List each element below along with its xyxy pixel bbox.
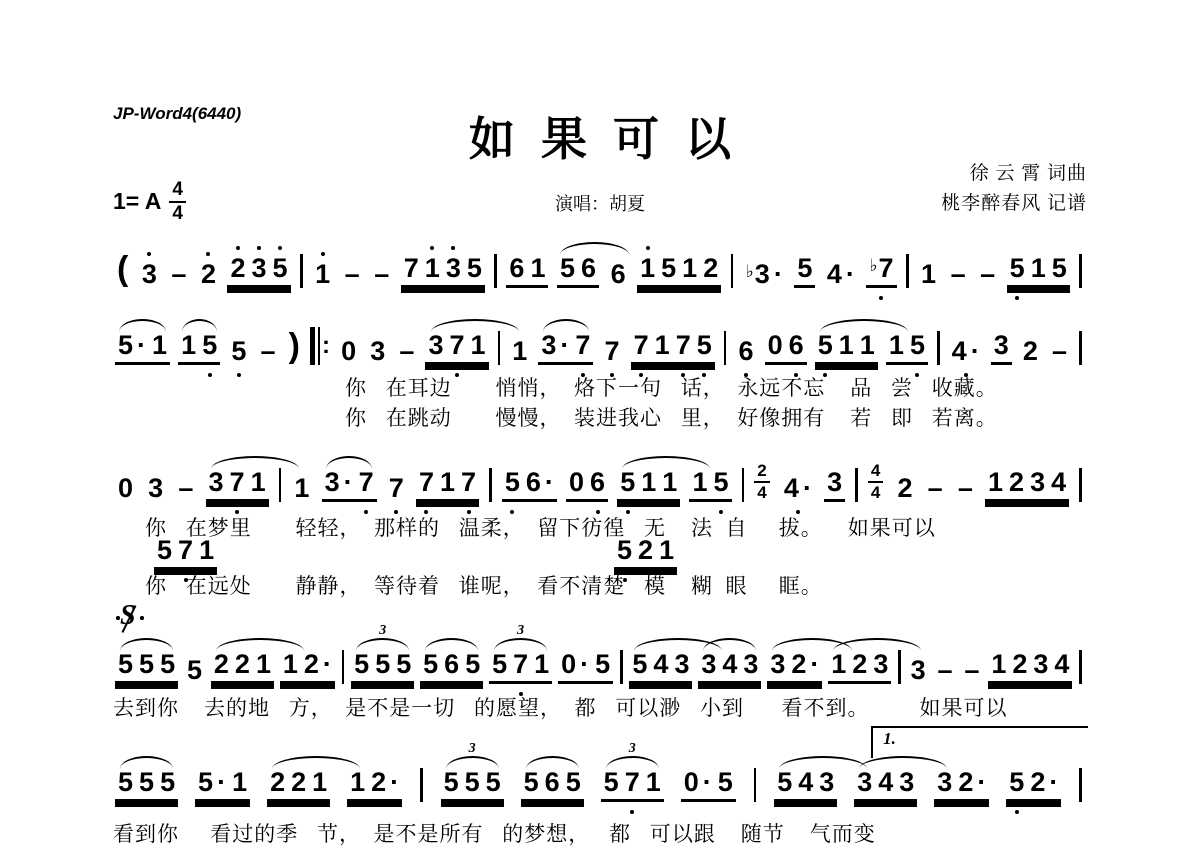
note-group: 717 (416, 469, 479, 502)
note-group: 5 (184, 657, 205, 684)
score-line-3: 03–37113·7771756·0651115244·3442––1234 (113, 458, 1085, 502)
slur-arc (120, 756, 173, 769)
note-group: 5 (794, 255, 815, 288)
note-group: 2 (198, 261, 219, 288)
note: – (175, 475, 196, 502)
note: 3 (206, 469, 227, 496)
note: 3· (538, 332, 572, 359)
note-group (741, 468, 746, 502)
note: – (977, 261, 998, 288)
note-group: 1 (291, 475, 312, 502)
note: 1 (253, 651, 274, 678)
octave-dot-below (1015, 296, 1019, 300)
note: 5 (557, 255, 578, 282)
note: 7 (673, 332, 694, 359)
lyrics-line-4: 你 在远处 静静， 等待着 谁呢， 看不清楚 模 糊 眼 眶。 (145, 570, 823, 600)
note-group: 0·5 (681, 769, 736, 802)
note-group: 515 (1007, 255, 1070, 288)
slur-arc (560, 242, 629, 255)
note: 5 (658, 255, 679, 282)
note: 7 (386, 475, 407, 502)
note-group: 0·5 (558, 651, 613, 684)
augmentation-dot: · (774, 259, 783, 289)
slur-arc (703, 638, 756, 651)
note: 1 (531, 651, 552, 678)
note-group: ( (115, 252, 130, 288)
note-group (897, 650, 902, 684)
note-group: 2 (1020, 338, 1041, 365)
note: 5 (815, 332, 836, 359)
note: 5 (184, 657, 205, 684)
augmentation-dot: · (137, 330, 146, 360)
note: 3 (145, 475, 166, 502)
note: 1 (637, 255, 658, 282)
alternate-notes-row: 571521 (113, 532, 1085, 574)
note-group: 543 (629, 651, 692, 684)
note-group: 565 (521, 769, 584, 802)
note: 6 (608, 261, 629, 288)
note: 1 (509, 338, 530, 365)
note: – (342, 261, 363, 288)
note-group: 24 (754, 462, 771, 502)
note: 7 (458, 469, 479, 496)
note: 5 (489, 651, 510, 678)
note: 6 (542, 769, 563, 796)
note: 1 (679, 255, 700, 282)
note: ♭3· (743, 261, 786, 288)
key-label: 1= A (113, 188, 161, 215)
note: 5 (1049, 255, 1070, 282)
note: 1 (437, 469, 458, 496)
note-group: 4· (781, 475, 815, 502)
note: 4· (824, 261, 858, 288)
slur-arc (272, 756, 360, 769)
note: 1 (291, 475, 312, 502)
note: 1 (527, 255, 548, 282)
note-group (1078, 254, 1083, 288)
note-group: – (257, 338, 278, 365)
octave-dot-below (1015, 810, 1019, 814)
note-group: 5713 (601, 769, 664, 802)
note: 5 (464, 255, 485, 282)
triplet-number: 3 (629, 741, 636, 757)
time-signature-top: 4 (169, 180, 186, 203)
note-group: 3 (367, 338, 388, 365)
note: 5 (136, 769, 157, 796)
note: 7 (401, 255, 422, 282)
augmentation-dot: · (217, 767, 226, 797)
segno-icon: S (116, 604, 144, 636)
score-line-4: 555522112·555356557130·554334332·1233––1… (113, 640, 1085, 684)
augmentation-dot: · (977, 767, 986, 797)
note: 4· (781, 475, 815, 502)
octave-dot-above (236, 246, 240, 250)
note: 6 (587, 469, 608, 496)
barline (906, 254, 909, 288)
note: 5 (629, 651, 650, 678)
note: 6· (523, 469, 557, 496)
note: 5 (157, 651, 178, 678)
note-group: 15 (178, 332, 220, 365)
barline (731, 254, 734, 288)
note: 2 (1006, 469, 1027, 496)
note: 5 (351, 651, 372, 678)
time-signature: 44 (868, 462, 883, 502)
note: 1 (689, 469, 710, 496)
note-group: – (175, 475, 196, 502)
note: 3 (991, 332, 1012, 359)
note-group: – (371, 261, 392, 288)
note: 0· (681, 769, 715, 796)
note-group (497, 331, 502, 365)
slur-arc (526, 756, 579, 769)
octave-dot-above (278, 246, 282, 250)
note: 7 (572, 332, 593, 359)
note: 5 (715, 769, 736, 796)
note-group: 221 (267, 769, 330, 802)
octave-dot-below (208, 373, 212, 377)
triplet-number: 3 (517, 623, 524, 639)
note-group: 6 (735, 338, 756, 365)
note: 5 (154, 537, 175, 564)
note: 1 (828, 651, 849, 678)
note-group: – (925, 475, 946, 502)
note-group: 32· (767, 651, 822, 684)
note-group: 06 (765, 332, 807, 365)
note: 5 (393, 651, 414, 678)
lyrics-line-5: 去到你 去的地 方， 是不是一切 的愿望， 都 可以渺 小到 看不到。 如果可以 (113, 692, 1008, 722)
time-signature: 24 (754, 462, 769, 502)
note-group: 343 (698, 651, 761, 684)
flat-icon: ♭ (746, 262, 754, 282)
note: 4· (949, 338, 983, 365)
octave-dot-above (257, 246, 261, 250)
note: 1 (149, 332, 170, 359)
note-group: 571 (154, 537, 217, 570)
note-group: 1 (918, 261, 939, 288)
augmentation-dot: · (560, 330, 569, 360)
note-group: 4· (949, 338, 983, 365)
note-group (619, 650, 624, 684)
score-line-1: (3–22351––7135615661512♭3·54·♭71––515 (113, 244, 1085, 288)
note: 5 (794, 255, 815, 282)
note: – (371, 261, 392, 288)
note-group: 3 (991, 332, 1012, 365)
note: 1 (988, 651, 1009, 678)
note: 3 (367, 338, 388, 365)
barline (898, 650, 901, 684)
note-group: 12· (280, 651, 335, 684)
note: 5 (420, 651, 441, 678)
note-group: 15 (886, 332, 928, 365)
sheet-music-page: JP-Word4(6440) 如果可以 演唱：胡夏 徐 云 霄 词曲 桃李醉春风… (0, 0, 1200, 850)
note: – (168, 261, 189, 288)
note: 1 (422, 255, 443, 282)
note-group: 221 (211, 651, 274, 684)
score-line-2: 5·1155–):03–37113·777175606511154·32– (113, 321, 1085, 365)
note: 7 (416, 469, 437, 496)
note: 5 (157, 769, 178, 796)
triplet-number: 3 (469, 741, 476, 757)
triplet-arc (606, 756, 659, 769)
note: 4 (875, 769, 896, 796)
note-group (278, 468, 283, 502)
note: 2· (788, 651, 822, 678)
note-group: ) (287, 329, 302, 365)
barline (494, 254, 497, 288)
note-group: 5·1 (115, 332, 170, 365)
note-group: – (1049, 338, 1070, 365)
note-group (1078, 768, 1083, 802)
note: 5· (195, 769, 229, 796)
note: 5 (502, 469, 523, 496)
note: 5 (228, 338, 249, 365)
note: – (925, 475, 946, 502)
note: 0 (566, 469, 587, 496)
note-group: – (168, 261, 189, 288)
slur-arc (119, 319, 165, 332)
time-signature: 4 4 (169, 180, 186, 224)
octave-dot-above (206, 252, 210, 256)
slur-arc (182, 319, 217, 332)
note-group: : (310, 327, 330, 365)
triplet-arc (494, 638, 547, 651)
note: 1 (918, 261, 939, 288)
augmentation-dot: · (810, 649, 819, 679)
note: 2 (849, 651, 870, 678)
barline (724, 331, 727, 365)
note-group: 5 (228, 338, 249, 365)
barline (489, 468, 492, 502)
slur-arc (833, 638, 921, 651)
octave-dot-above (646, 246, 650, 250)
note: 5 (907, 332, 928, 359)
note: 6 (735, 338, 756, 365)
octave-dot-below (879, 296, 883, 300)
lyrics-line-1: 你 在耳边 悄悄， 烙下一句 话， 永远不忘 品 尝 收藏。 (345, 372, 998, 402)
score-line-5: 1. 5555·122112·555356557130·554334332·52… (113, 758, 1085, 802)
note: 3 (854, 769, 875, 796)
note: 0 (338, 338, 359, 365)
note-group: 6 (608, 261, 629, 288)
note: 2 (211, 651, 232, 678)
note: 1 (886, 332, 907, 359)
augmentation-dot: · (1049, 767, 1058, 797)
note: 4 (1048, 469, 1069, 496)
triplet-number: 3 (379, 623, 386, 639)
note: 5 (462, 651, 483, 678)
triplet-arc (356, 638, 409, 651)
transcriber-credit: 桃李醉春风 记谱 (941, 188, 1087, 215)
note-group: 3 (908, 657, 929, 684)
note-group: 44 (868, 462, 885, 502)
note-group: ♭3· (743, 261, 786, 288)
note-group: 0 (115, 475, 136, 502)
note-group: 5553 (351, 651, 414, 684)
note: 5 (136, 651, 157, 678)
note-group: 555 (115, 651, 178, 684)
note: 5 (592, 651, 613, 678)
note: 0· (558, 651, 592, 678)
note: 1 (638, 469, 659, 496)
barline (1079, 468, 1082, 502)
note: 4 (795, 769, 816, 796)
barline (937, 331, 940, 365)
note-group (488, 468, 493, 502)
note: 7 (175, 537, 196, 564)
barline (742, 468, 745, 502)
note: – (1049, 338, 1070, 365)
note: 2· (368, 769, 402, 796)
slur-arc (425, 638, 478, 651)
note: 5 (1006, 769, 1027, 796)
note: 5 (521, 769, 542, 796)
barline (620, 650, 623, 684)
note: 2 (1020, 338, 1041, 365)
note: 2 (895, 475, 916, 502)
repeat-start-sign: : (310, 327, 330, 365)
note-group: 235 (227, 255, 290, 288)
octave-dot-below (630, 810, 634, 814)
note: 0 (115, 475, 136, 502)
note-group: 5713 (489, 651, 552, 684)
barline (1079, 254, 1082, 288)
note: 2 (700, 255, 721, 282)
note-group: 2 (895, 475, 916, 502)
note: 1 (1028, 255, 1049, 282)
barline (1079, 650, 1082, 684)
note-group: 3 (824, 469, 845, 502)
note-group (341, 650, 346, 684)
note: 2· (955, 769, 989, 796)
note: 7 (631, 332, 652, 359)
note-group (854, 468, 859, 502)
note: 1 (857, 332, 878, 359)
note: 6 (506, 255, 527, 282)
note-group (905, 254, 910, 288)
note: 3 (896, 769, 917, 796)
note-group: 123 (828, 651, 891, 684)
note: 7 (227, 469, 248, 496)
augmentation-dot: · (703, 767, 712, 797)
note: 1 (248, 469, 269, 496)
triplet-arc (446, 756, 499, 769)
slur-arc (211, 456, 299, 469)
note: 3 (1027, 469, 1048, 496)
note-group: 5553 (441, 769, 504, 802)
lyrics-line-2: 你 在跳动 慢慢， 装进我心 里， 好像拥有 若 即 若离。 (345, 402, 998, 432)
note: 2 (227, 255, 248, 282)
note: 5 (199, 332, 220, 359)
note-group: 3·7 (322, 469, 377, 502)
note: – (948, 261, 969, 288)
note: 3 (249, 255, 270, 282)
note: 1 (836, 332, 857, 359)
slur-arc (431, 319, 519, 332)
note-group (1078, 650, 1083, 684)
note: 5 (1007, 255, 1028, 282)
note: 2 (198, 261, 219, 288)
note: 5 (441, 769, 462, 796)
barline (300, 254, 303, 288)
note: 1 (309, 769, 330, 796)
note-group: 1234 (988, 651, 1072, 684)
note-group: 52· (1006, 769, 1061, 802)
note: 5 (483, 769, 504, 796)
note: 4 (650, 651, 671, 678)
note: 7 (446, 332, 467, 359)
note: 5 (601, 769, 622, 796)
note: 1 (652, 332, 673, 359)
key-signature: 1= A 4 4 (113, 180, 188, 224)
note: 3 (443, 255, 464, 282)
barline (855, 468, 858, 502)
note: 1 (229, 769, 250, 796)
note-group (730, 254, 735, 288)
flat-icon: ♭ (869, 256, 877, 276)
note: – (955, 475, 976, 502)
note-group: 555 (115, 769, 178, 802)
note: 1 (347, 769, 368, 796)
barline (420, 768, 423, 802)
note: 1 (312, 261, 333, 288)
note-group: 4· (824, 261, 858, 288)
note: 5 (617, 469, 638, 496)
note: 3 (824, 469, 845, 496)
note-group: 15 (689, 469, 731, 502)
note: 5 (270, 255, 291, 282)
note: – (935, 657, 956, 684)
note-group: 12· (347, 769, 402, 802)
note-group: – (342, 261, 363, 288)
note-group: 7175 (631, 332, 715, 365)
note-group (299, 254, 304, 288)
note-group: 06 (566, 469, 608, 502)
note: 7 (622, 769, 643, 796)
note-group: 3 (139, 261, 160, 288)
note-group: 543 (774, 769, 837, 802)
note: 3 (934, 769, 955, 796)
octave-dot-above (451, 246, 455, 250)
barline (279, 468, 282, 502)
note-group: – (948, 261, 969, 288)
note: 4 (1051, 651, 1072, 678)
note: 5 (614, 537, 635, 564)
note-group (493, 254, 498, 288)
barline (498, 331, 501, 365)
note-group: – (961, 657, 982, 684)
note-group: 511 (815, 332, 878, 365)
slur-arc (120, 638, 173, 651)
note-group (936, 331, 941, 365)
note-group: – (955, 475, 976, 502)
augmentation-dot: · (545, 467, 554, 497)
barline (1079, 331, 1082, 365)
lyrics-line-6: 看到你 看过的季 节， 是不是所有 的梦想， 都 可以跟 随节 气而变 (113, 818, 876, 848)
note: 0 (765, 332, 786, 359)
augmentation-dot: · (846, 259, 855, 289)
note: 3 (1030, 651, 1051, 678)
note-group: 511 (617, 469, 680, 502)
note-group: 7 (602, 338, 623, 365)
note-group: 521 (614, 537, 677, 570)
augmentation-dot: · (580, 649, 589, 679)
note: 5 (694, 332, 715, 359)
note: 5 (563, 769, 584, 796)
note: 6 (786, 332, 807, 359)
note: – (257, 338, 278, 365)
augmentation-dot: · (323, 649, 332, 679)
